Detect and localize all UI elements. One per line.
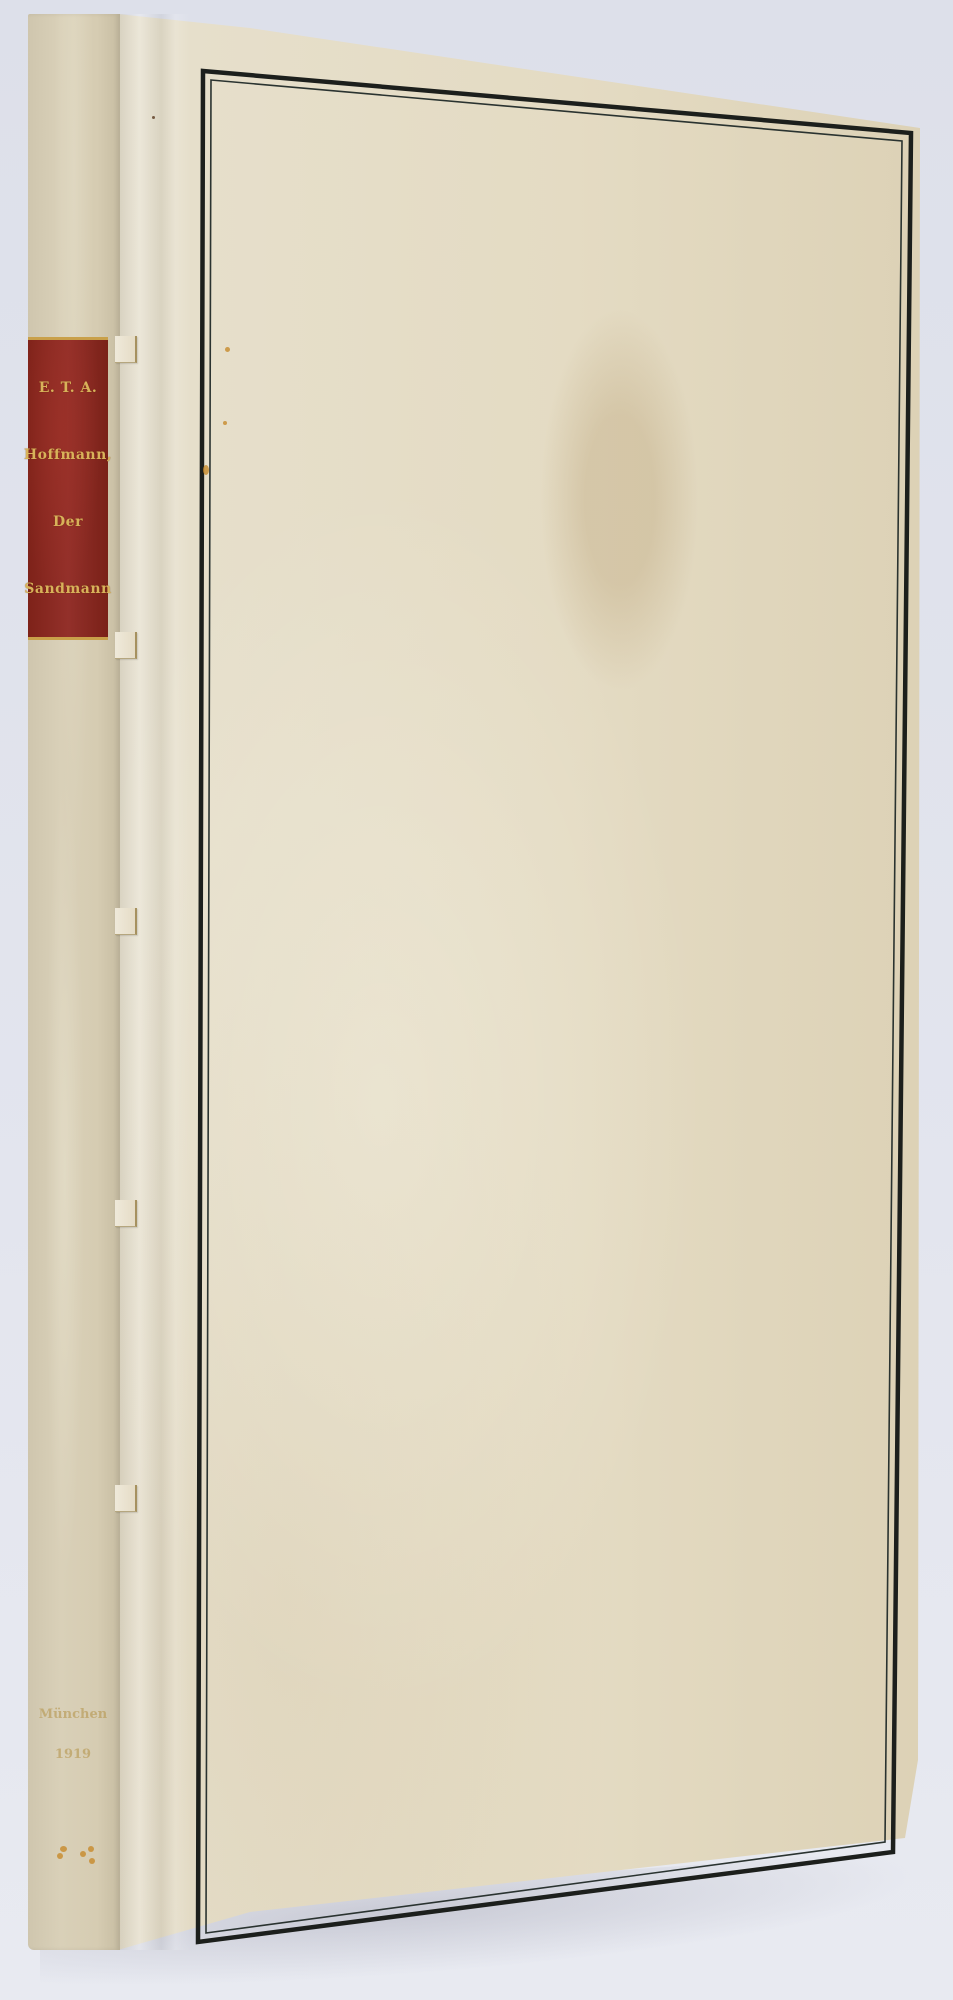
spine-tacket-tab xyxy=(115,336,137,363)
spine xyxy=(28,14,120,1950)
foxing-spot xyxy=(80,1851,86,1857)
foxing-spot xyxy=(225,347,230,352)
foxing-spot xyxy=(203,465,209,475)
spine-place: München xyxy=(30,1700,116,1730)
foxing-spot xyxy=(60,1846,67,1852)
spine-imprint: München 1919 xyxy=(30,1700,116,1780)
spine-tacket-tab xyxy=(115,908,137,935)
foxing-spot xyxy=(88,1846,94,1852)
spine-year: 1919 xyxy=(30,1730,116,1780)
foxing-spot xyxy=(57,1853,63,1859)
cover-hinge-groove xyxy=(118,14,190,1950)
spine-tacket-tab xyxy=(115,1485,137,1512)
foxing-spot xyxy=(152,116,155,119)
spine-author-name: Hoffmann, xyxy=(24,447,112,463)
spine-title-word-2: Sandmann xyxy=(24,581,111,597)
spine-author-initials: E. T. A. xyxy=(39,380,98,396)
spine-tacket-tab xyxy=(115,1200,137,1227)
book-photo: E. T. A. Hoffmann, Der Sandmann München … xyxy=(0,0,953,2000)
foxing-spot xyxy=(89,1858,95,1864)
spine-title-label: E. T. A. Hoffmann, Der Sandmann xyxy=(28,337,108,640)
spine-title-word-1: Der xyxy=(53,514,83,530)
foxing-spot xyxy=(223,421,227,425)
spine-tacket-tab xyxy=(115,632,137,659)
